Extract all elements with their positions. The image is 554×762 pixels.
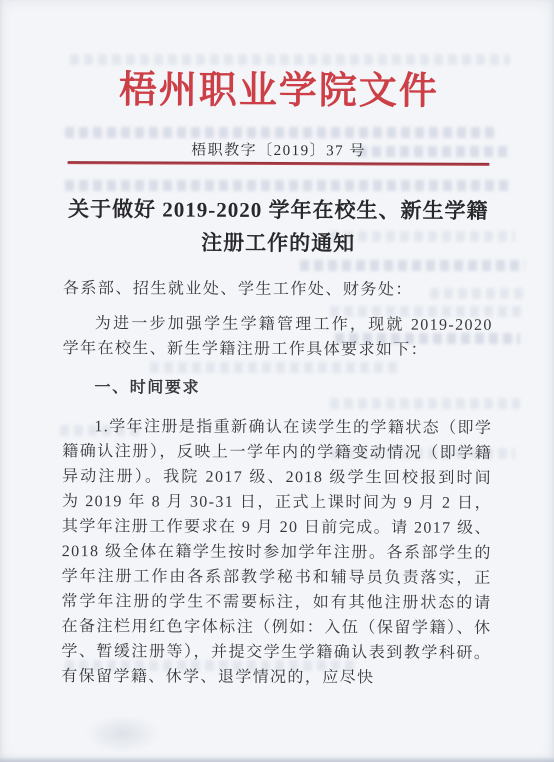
- document-title: 关于做好 2019-2020 学年在校生、新生学籍 注册工作的通知: [63, 193, 493, 261]
- document-content: 梧州职业学院文件 梧职教字〔2019〕37 号 关于做好 2019-2020 学…: [0, 0, 554, 691]
- agency-header-title: 梧州职业学院文件: [64, 69, 494, 113]
- addressee-line: 各系部、招生就业处、学生工作处、财务处：: [63, 280, 493, 300]
- document-number: 梧职教字〔2019〕37 号: [64, 142, 494, 161]
- smudge-artifact: [85, 715, 160, 753]
- red-separator-line: [67, 161, 489, 166]
- scan-bottom-edge: [0, 757, 554, 762]
- title-line-2: 注册工作的通知: [63, 226, 493, 261]
- document-page: 梧州职业学院文件 梧职教字〔2019〕37 号 关于做好 2019-2020 学…: [0, 0, 554, 762]
- intro-paragraph: 为进一步加强学生学籍管理工作，现就 2019-2020 学年在校生、新生学籍注册…: [63, 311, 493, 363]
- body-paragraph: 1.学年注册是指重新确认在读学生的学籍状态（即学籍确认注册），反映上一学年内的学…: [61, 414, 492, 691]
- title-line-1: 关于做好 2019-2020 学年在校生、新生学籍: [63, 193, 493, 228]
- section-heading: 一、时间要求: [62, 375, 492, 402]
